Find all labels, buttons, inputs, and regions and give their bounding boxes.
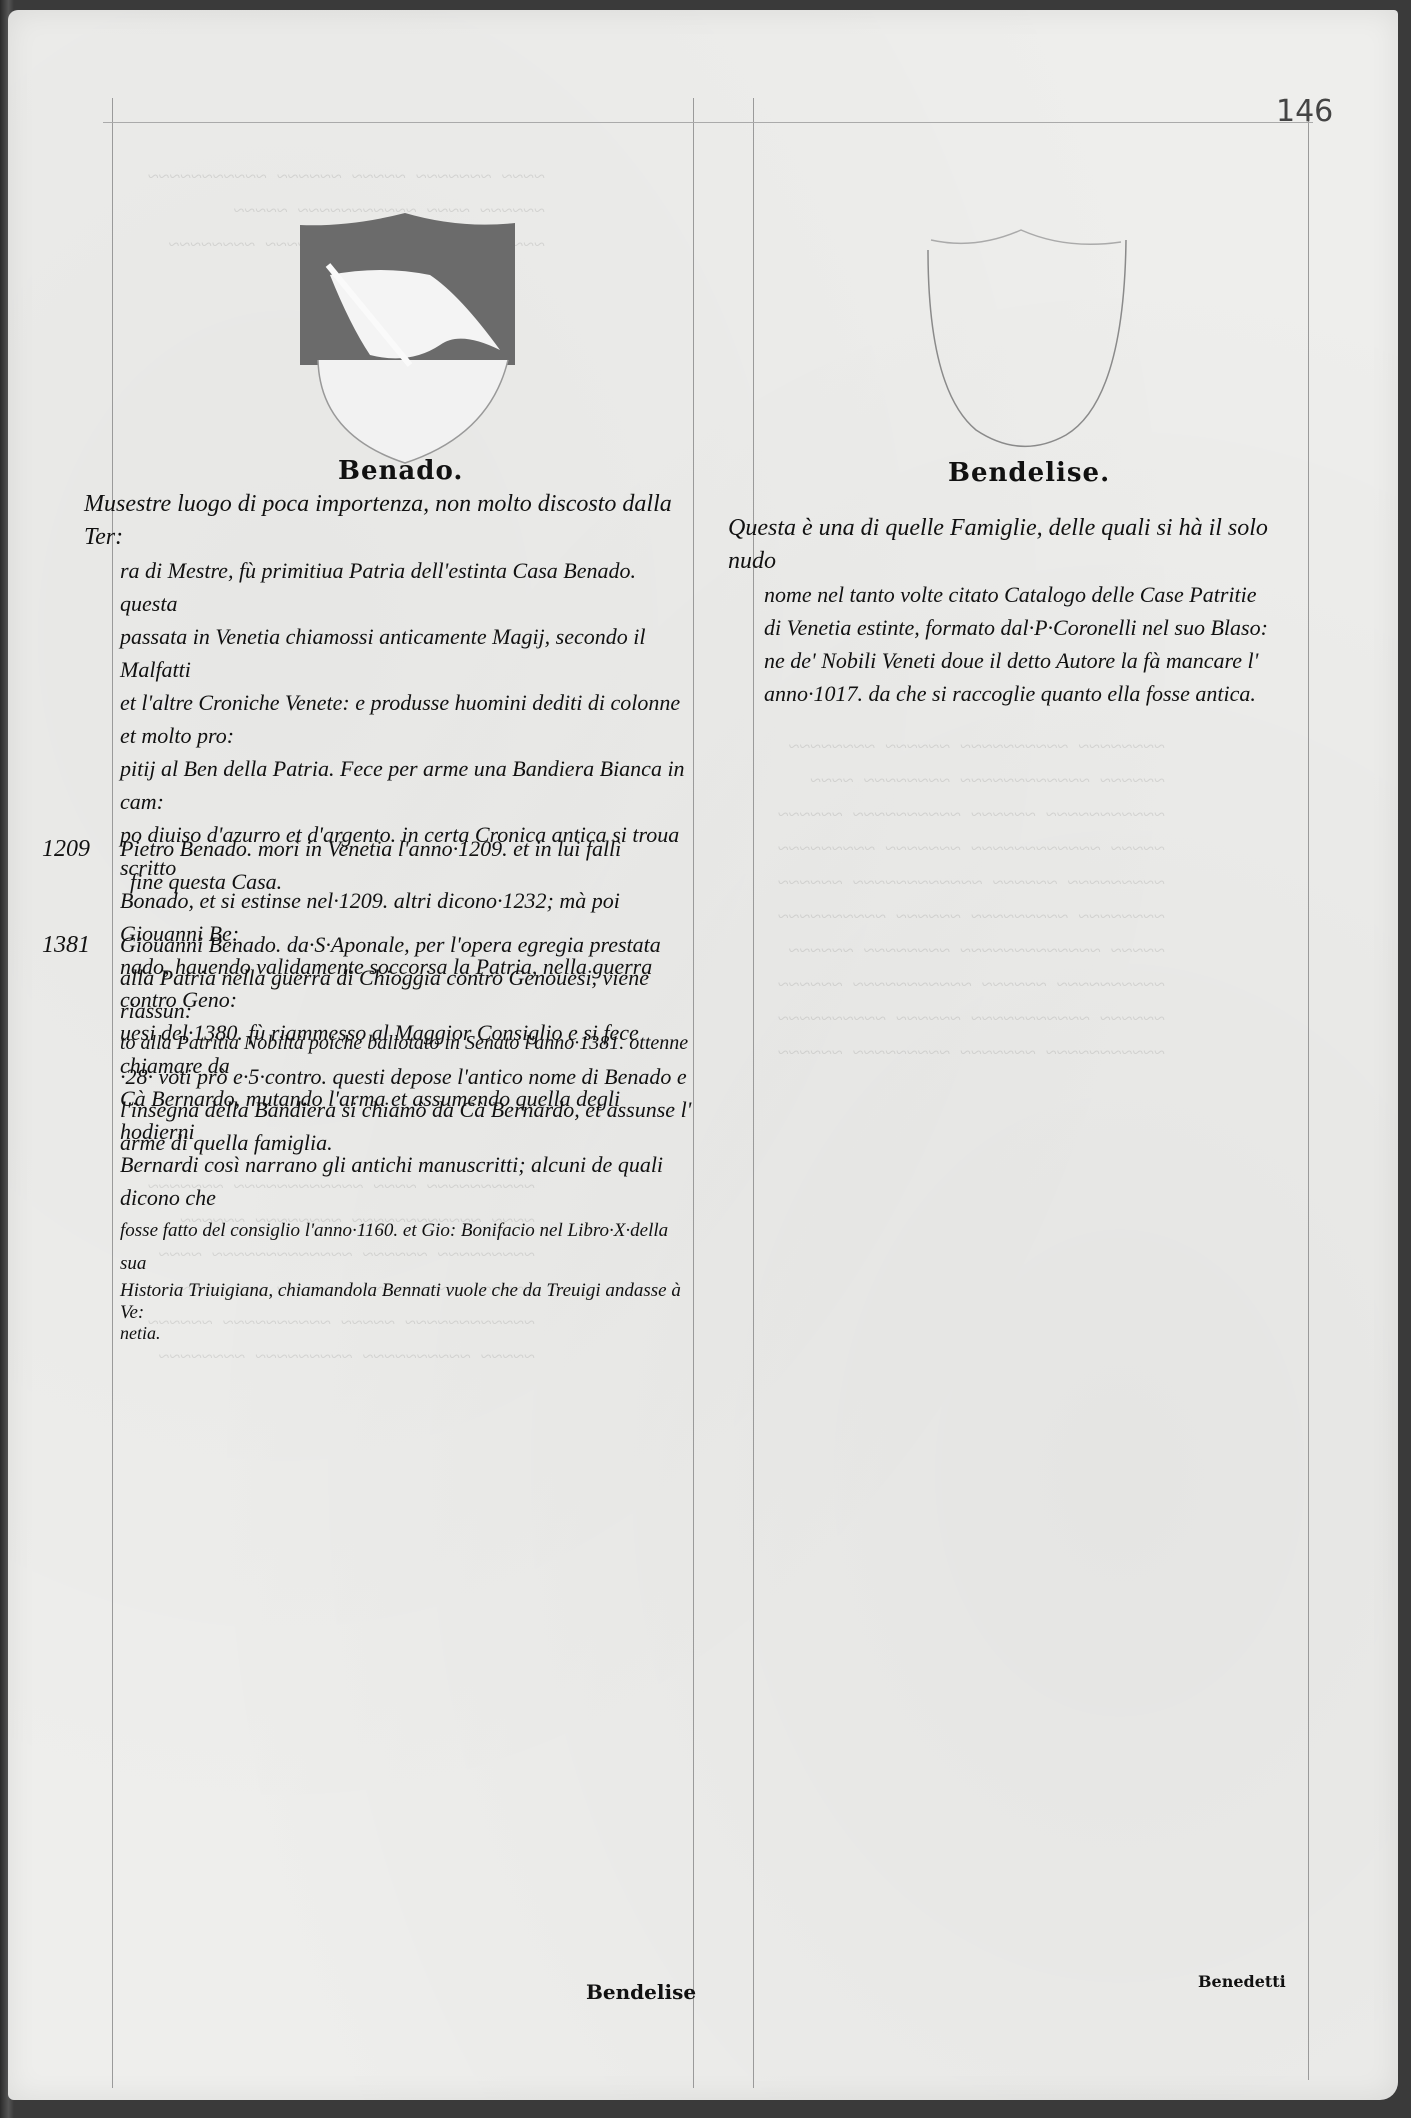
bendelise-description: Questa è una di quelle Famiglie, delle q… bbox=[728, 512, 1318, 710]
bleed-through-text: ~~~~~~~~ ~~~~~~~~~~ ~~~~~~ ~~~~~~~~ ~~~~… bbox=[778, 730, 1165, 1070]
text-line: fosse fatto del consiglio l'anno·1160. e… bbox=[84, 1214, 694, 1280]
text-line: pitij al Ben della Patria. Fece per arme… bbox=[84, 752, 694, 818]
text-line: passata in Venetia chiamossi anticamente… bbox=[84, 620, 694, 686]
text-line: Historia Triuigiana, chiamandola Bennati… bbox=[84, 1280, 694, 1324]
bendelise-empty-shield-icon bbox=[916, 210, 1136, 460]
folio-number: 146 bbox=[1276, 94, 1333, 129]
text-line: Giouanni Benado. da·S·Aponale, per l'ope… bbox=[120, 928, 700, 961]
manuscript-page: ~~~~ ~~~~~~~ ~~~~~ ~~~~~~ ~~~~~~~~~~~ ~~… bbox=[8, 10, 1398, 2100]
benado-coat-of-arms-icon bbox=[290, 205, 520, 465]
text-line: di Venetia estinte, formato dal·P·Corone… bbox=[728, 611, 1318, 644]
catchword-left: Bendelise bbox=[586, 1980, 696, 2004]
text-line: ra di Mestre, fù primitiua Patria dell'e… bbox=[84, 554, 694, 620]
entry-pietro-benado: Pietro Benado. morì in Venetia l'anno·12… bbox=[120, 832, 700, 898]
benado-description: Musestre luogo di poca importenza, non m… bbox=[84, 488, 694, 1342]
text-line: alla Patria nella guerra di Chioggia con… bbox=[120, 961, 700, 1027]
entry-year-1381: 1381 bbox=[42, 932, 90, 959]
entry-giovanni-benado: Giouanni Benado. da·S·Aponale, per l'ope… bbox=[120, 928, 700, 1159]
text-line: nome nel tanto volte citato Catalogo del… bbox=[728, 578, 1318, 611]
top-rule bbox=[103, 122, 1313, 123]
text-line: to alla Patritia Nobiltà poiche ballotat… bbox=[120, 1027, 700, 1060]
text-line: ·28· voti prò e·5·contro. questi depose … bbox=[120, 1060, 700, 1093]
text-line: arme di quella famiglia. bbox=[120, 1126, 700, 1159]
text-line: et l'altre Croniche Venete: e produsse h… bbox=[84, 686, 694, 752]
text-line: l'insegna della Bandiera si chiamò da Cà… bbox=[120, 1093, 700, 1126]
catchword-right: Benedetti bbox=[1198, 1972, 1286, 1991]
family-title-bendelise: Bendelise. bbox=[948, 458, 1110, 488]
text-line: netia. bbox=[84, 1324, 694, 1342]
text-line: Musestre luogo di poca importenza, non m… bbox=[84, 488, 694, 554]
center-rule-right bbox=[753, 98, 754, 2088]
text-line: anno·1017. da che si raccoglie quanto el… bbox=[728, 677, 1318, 710]
text-line: fine questa Casa. bbox=[120, 865, 700, 898]
text-line: ne de' Nobili Veneti doue il detto Autor… bbox=[728, 644, 1318, 677]
text-line: Questa è una di quelle Famiglie, delle q… bbox=[728, 512, 1318, 578]
text-line: Pietro Benado. morì in Venetia l'anno·12… bbox=[120, 832, 700, 865]
right-margin-rule bbox=[1308, 120, 1309, 2080]
family-title-benado: Benado. bbox=[338, 456, 463, 486]
entry-year-1209: 1209 bbox=[42, 836, 90, 863]
